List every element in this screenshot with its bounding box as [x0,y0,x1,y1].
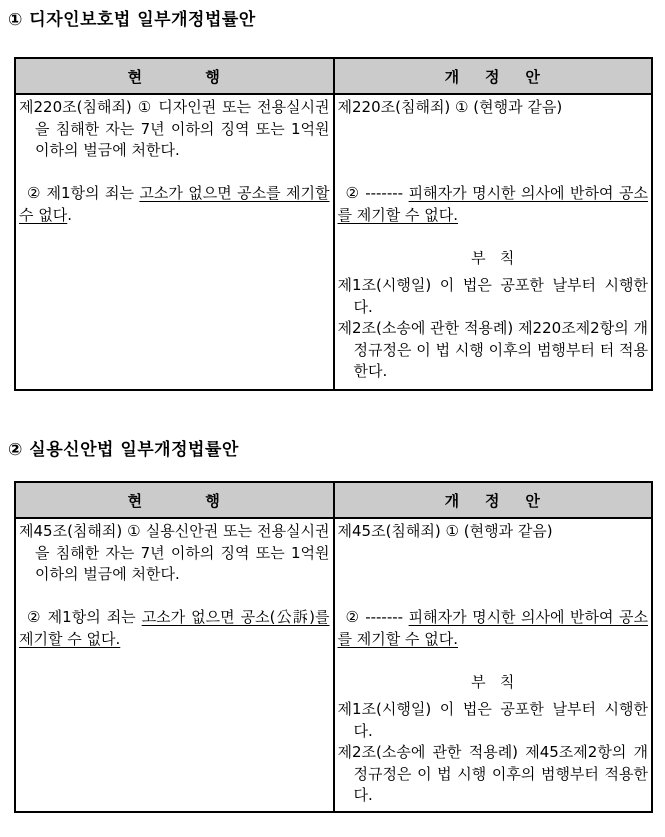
table-row: 제220조(침해죄) ① 디자인권 또는 전용실시권을 침해한 자는 7년 이하… [15,94,652,390]
law-text: ② 제1항의 죄는 [27,184,139,202]
law-paragraph: ② ------- 피해자가 명시한 의사에 반하여 공소를 제기할 수 없다. [338,183,649,226]
document-page: ① 디자인보호법 일부개정법률안 현 행 개 정 안 제220조(침해죄) ① … [0,0,665,837]
section-title-utility-model-act: ② 실용신안법 일부개정법률안 [8,439,665,461]
column-header-revised: 개 정 안 [334,482,653,518]
column-header-current: 현 행 [15,58,334,94]
table-header-row: 현 행 개 정 안 [15,58,652,94]
law-text: 제220조(침해죄) ① 디자인권 또는 전용실시권을 침해한 자는 7년 이하… [19,98,330,159]
comparison-table-design-act: 현 행 개 정 안 제220조(침해죄) ① 디자인권 또는 전용실시권을 침해… [14,57,653,391]
revised-law-cell-design: 제220조(침해죄) ① (현행과 같음)② ------- 피해자가 명시한 … [334,94,653,390]
column-header-current: 현 행 [15,482,334,518]
column-header-revised: 개 정 안 [334,58,653,94]
law-text: ② 제1항의 죄는 [27,608,142,626]
law-text: 부 칙 [471,673,514,691]
law-paragraph: 제45조(침해죄) ① 실용신안권 또는 전용실시권을 침해한 자는 7년 이하… [19,521,330,586]
law-paragraph: 제220조(침해죄) ① (현행과 같음) [338,97,649,119]
law-paragraph: 제1조(시행일) 이 법은 공포한 날부터 시행한다. [338,275,649,318]
current-law-cell-design: 제220조(침해죄) ① 디자인권 또는 전용실시권을 침해한 자는 7년 이하… [15,94,334,390]
table-row: 제45조(침해죄) ① 실용신안권 또는 전용실시권을 침해한 자는 7년 이하… [15,518,652,812]
law-text: 제220조(침해죄) ① (현행과 같음) [338,98,563,116]
law-text: ② ------- [346,184,409,202]
law-text: ② ------- [346,608,409,626]
current-law-cell-utility: 제45조(침해죄) ① 실용신안권 또는 전용실시권을 침해한 자는 7년 이하… [15,518,334,812]
law-paragraph: 제2조(소송에 관한 적용례) 제220조제2항의 개정규정은 이 법 시행 이… [338,318,649,383]
law-paragraph: 제1조(시행일) 이 법은 공포한 날부터 시행한다. [338,699,649,742]
annex-heading: 부 칙 [338,248,649,270]
law-text: 부 칙 [471,249,514,267]
comparison-table-utility-model-act: 현 행 개 정 안 제45조(침해죄) ① 실용신안권 또는 전용실시권을 침해… [14,481,653,813]
law-paragraph: ② 제1항의 죄는 고소가 없으면 공소(公訴)를 제기할 수 없다. [19,607,330,650]
law-text: 제2조(소송에 관한 적용례) 제45조제2항의 개정규정은 이 법 시행 이후… [338,743,649,804]
revised-law-cell-utility: 제45조(침해죄) ① (현행과 같음)② ------- 피해자가 명시한 의… [334,518,653,812]
law-text: 제2조(소송에 관한 적용례) 제220조제2항의 개정규정은 이 법 시행 이… [338,319,649,380]
table-header-row: 현 행 개 정 안 [15,482,652,518]
law-text: 제1조(시행일) 이 법은 공포한 날부터 시행한다. [338,700,649,740]
law-text: . [67,206,72,224]
law-paragraph: ② 제1항의 죄는 고소가 없으면 공소를 제기할 수 없다. [19,183,330,226]
section-title-design-act: ① 디자인보호법 일부개정법률안 [8,9,665,31]
law-paragraph: 제220조(침해죄) ① 디자인권 또는 전용실시권을 침해한 자는 7년 이하… [19,97,330,162]
law-text: 제45조(침해죄) ① 실용신안권 또는 전용실시권을 침해한 자는 7년 이하… [19,522,330,583]
law-text: 제45조(침해죄) ① (현행과 같음) [338,522,553,540]
law-paragraph: 제2조(소송에 관한 적용례) 제45조제2항의 개정규정은 이 법 시행 이후… [338,742,649,807]
annex-heading: 부 칙 [338,672,649,694]
law-paragraph: ② ------- 피해자가 명시한 의사에 반하여 공소를 제기할 수 없다. [338,607,649,650]
law-text: 제1조(시행일) 이 법은 공포한 날부터 시행한다. [338,276,649,316]
law-paragraph: 제45조(침해죄) ① (현행과 같음) [338,521,649,543]
